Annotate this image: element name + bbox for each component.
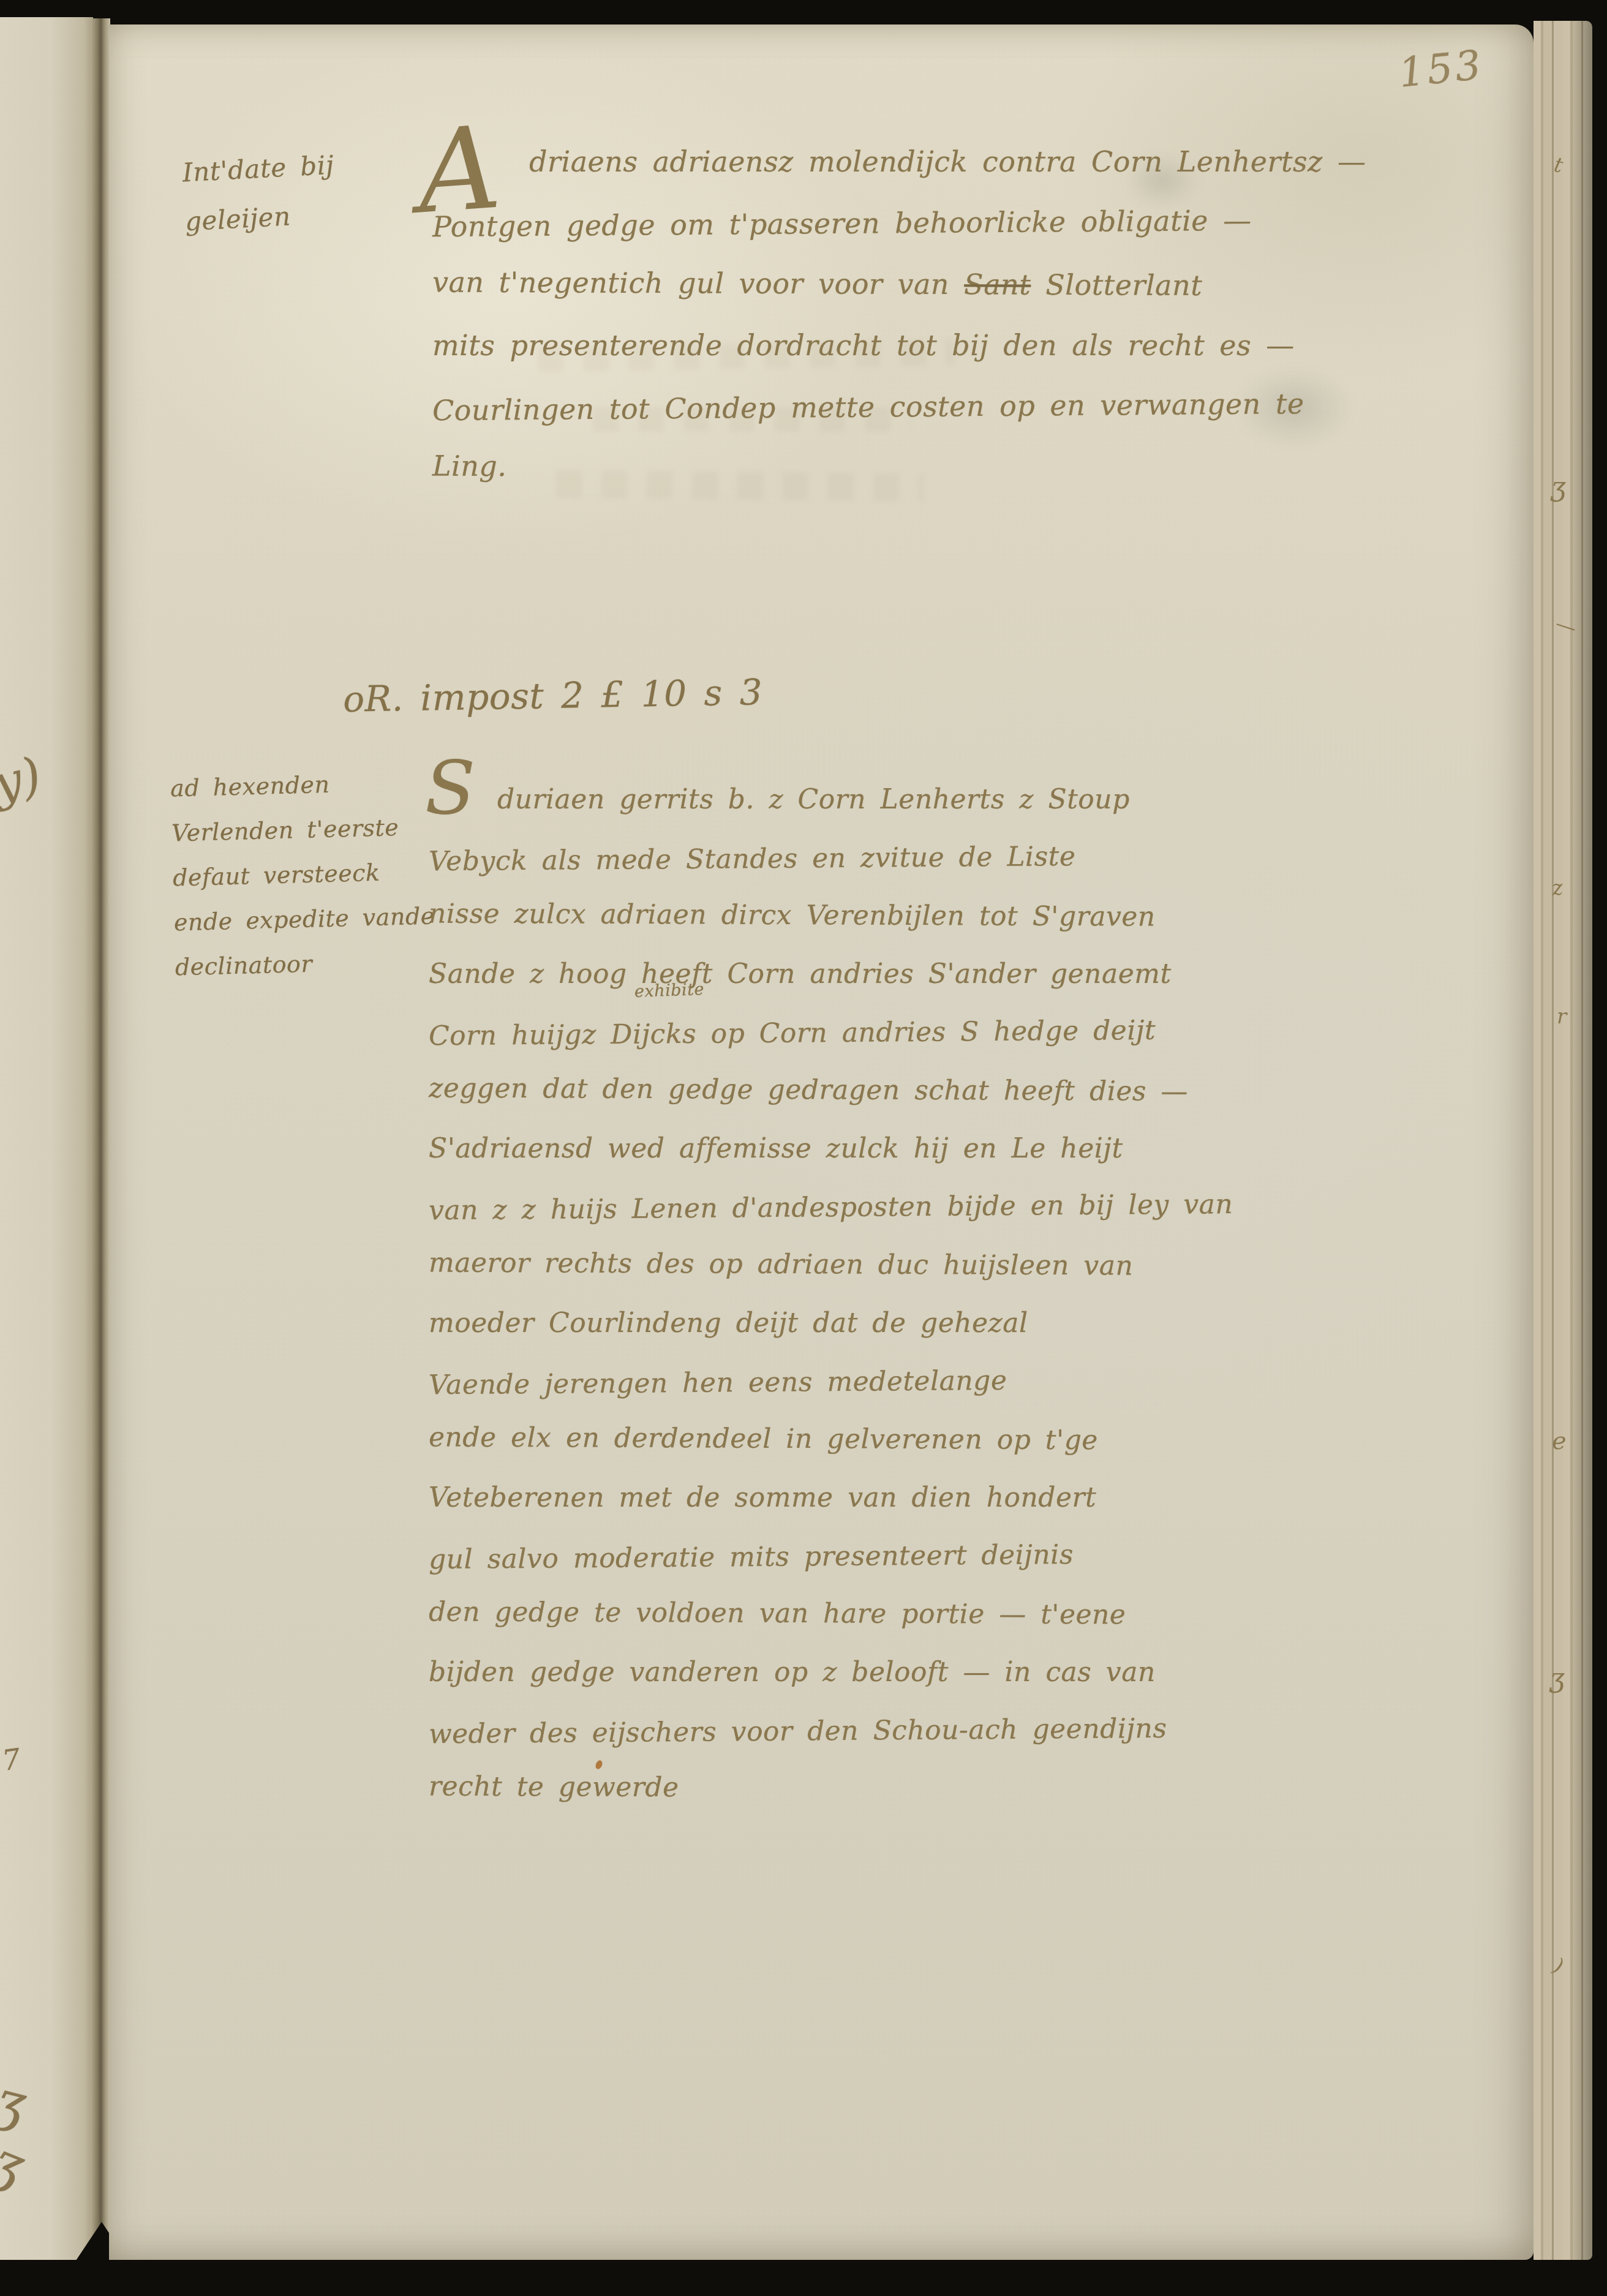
left-page-mark: y) bbox=[0, 746, 47, 813]
margin-note-line: defaut versteeck bbox=[172, 849, 434, 900]
left-page-mark: ʒ bbox=[0, 2128, 34, 2197]
handwritten-line: Sduriaen gerrits b. z Corn Lenherts z St… bbox=[429, 770, 1409, 829]
fore-edge-mark: t bbox=[1552, 152, 1565, 178]
margin-note-line: Int'date bij bbox=[181, 141, 335, 198]
handwritten-line: mits presenterende dordracht tot bij den… bbox=[432, 315, 1400, 376]
handwritten-line: S'adriaensd wed affemisse zulck hij en L… bbox=[429, 1120, 1409, 1178]
margin-note-line: geleijen bbox=[184, 190, 337, 247]
fore-edge-mark: ʒ bbox=[1551, 472, 1566, 503]
handwritten-line: moeder Courlindeng deijt dat de gehezal bbox=[429, 1294, 1409, 1352]
scan-background: y) 7 ʒ ʒ 153 Int'date bij geleijen A dri… bbox=[0, 0, 1607, 2296]
gutter-shadow bbox=[91, 18, 110, 2259]
line-segment: van t'negentich gul voor voor van bbox=[432, 266, 964, 301]
margin-note-mid: ad hexenden Verlenden t'eerste defaut ve… bbox=[170, 759, 436, 990]
handwritten-line: gul salvo moderatie mits presenteert dei… bbox=[429, 1523, 1409, 1589]
handwritten-line: bijden gedge vanderen op z belooft — in … bbox=[429, 1643, 1409, 1701]
handwritten-line: Vaende jerengen hen eens medetelange bbox=[429, 1349, 1409, 1415]
struck-word: Sant bbox=[964, 268, 1031, 301]
margin-note-top: Int'date bij geleijen bbox=[181, 141, 337, 247]
folio-number: 153 bbox=[1396, 41, 1485, 97]
fore-edge-mark: ʒ bbox=[1549, 1663, 1565, 1694]
fore-edge-mark: — bbox=[1552, 611, 1580, 641]
top-paragraph: A driaens adriaensz molendijck contra Co… bbox=[432, 131, 1400, 499]
fore-edge-mark: r bbox=[1557, 1004, 1567, 1029]
handwritten-line: maeror rechts des op adriaen duc huijsle… bbox=[429, 1234, 1409, 1297]
handwritten-line: weder des eijschers voor den Schou-ach g… bbox=[429, 1698, 1409, 1764]
handwritten-line: den gedge te voldoen van hare portie — t… bbox=[429, 1583, 1409, 1646]
handwritten-line: Ling. bbox=[432, 435, 1400, 501]
fore-edge-mark: z bbox=[1551, 875, 1564, 901]
facing-page-sliver: y) 7 ʒ ʒ bbox=[0, 17, 93, 2260]
margin-note-line: ende expedite vande bbox=[173, 894, 435, 945]
interlinear-insertion: exhibite bbox=[634, 980, 704, 1001]
handwritten-line: Veteberenen met de somme van dien honder… bbox=[429, 1469, 1409, 1527]
handwritten-line: nisse zulcx adriaen dircx Verenbijlen to… bbox=[429, 885, 1409, 947]
margin-note-line: declinatoor bbox=[175, 938, 437, 990]
left-page-mark: ʒ bbox=[0, 2068, 32, 2136]
line-segment: duriaen gerrits b. z Corn Lenherts z Sto… bbox=[497, 784, 1130, 815]
handwritten-line: Sande z hoog heeft Corn andries S'ander … bbox=[429, 945, 1409, 1003]
left-page-mark: 7 bbox=[0, 1742, 23, 1777]
margin-note-line: Verlenden t'eerste bbox=[171, 804, 433, 856]
handwritten-line: Vebyck als mede Standes en zvitue de Lis… bbox=[429, 825, 1409, 891]
handwritten-line: Courlingen tot Condep mette costen op en… bbox=[432, 372, 1401, 441]
handwritten-line: zeggen dat den gedge gedragen schat heef… bbox=[429, 1060, 1409, 1122]
handwritten-line: recht te gewerde bbox=[429, 1758, 1409, 1820]
handwritten-line: van z z huijs Lenen d'andesposten bijde … bbox=[429, 1174, 1409, 1240]
section-heading: oR. impost 2 £ 10 s 3 bbox=[342, 671, 762, 720]
line-segment: Slotterlant bbox=[1031, 268, 1202, 302]
fore-edge-mark: e bbox=[1552, 1427, 1567, 1455]
fore-edge-stack: t ʒ — z r e ʒ ) bbox=[1534, 21, 1592, 2260]
handwritten-line: ende elx en derdendeel in gelverenen op … bbox=[429, 1409, 1409, 1471]
main-text-block: exhibite Sduriaen gerrits b. z Corn Lenh… bbox=[429, 770, 1409, 1818]
margin-note-line: ad hexenden bbox=[170, 759, 432, 811]
manuscript-page: 153 Int'date bij geleijen A driaens adri… bbox=[109, 24, 1534, 2260]
fore-edge-mark: ) bbox=[1549, 1953, 1567, 1979]
handwritten-line: Corn huijgz Dijcks op Corn andries S hed… bbox=[429, 999, 1409, 1066]
handwritten-line: Pontgen gedge om t'passeren behoorlicke … bbox=[432, 189, 1401, 257]
drop-capital: S bbox=[425, 759, 476, 818]
handwritten-line: van t'negentich gul voor voor van Sant S… bbox=[432, 252, 1400, 317]
handwritten-line: driaens adriaensz molendijck contra Corn… bbox=[432, 131, 1400, 192]
